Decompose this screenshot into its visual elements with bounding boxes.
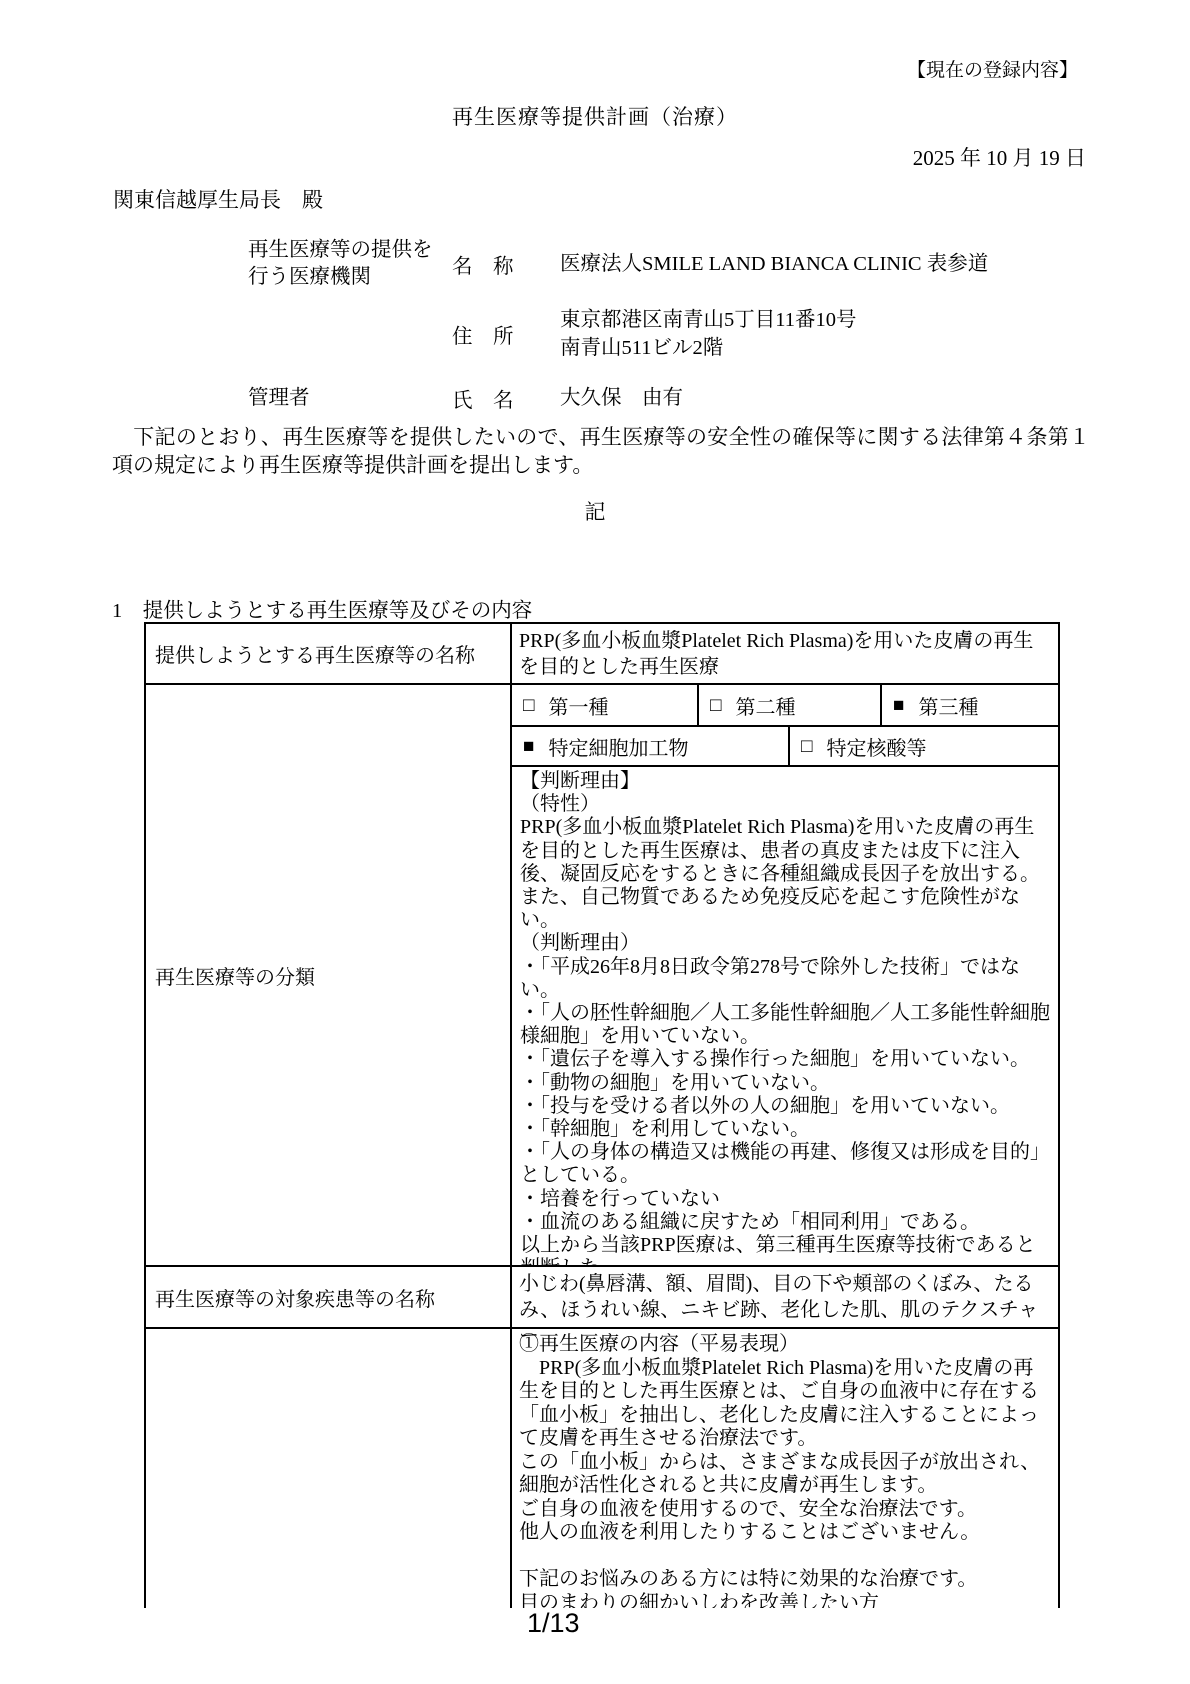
option-specified-nucleic-acid: □ 特定核酸等	[790, 727, 1058, 765]
class-option-type3: ■ 第三種	[882, 685, 1058, 725]
ki-marker: 記	[0, 496, 1190, 526]
table-row-name: 提供しようとする再生医療等の名称 PRP(多血小板血漿Platelet Rich…	[146, 624, 1058, 683]
option-specified-cell-product: ■ 特定細胞加工物	[512, 727, 790, 765]
institution-address-value: 東京都港区南青山5丁目11番10号 南青山511ビル2階	[560, 306, 857, 362]
regenerative-medicine-plan-table: 提供しようとする再生医療等の名称 PRP(多血小板血漿Platelet Rich…	[144, 622, 1060, 1608]
name-row-label: 提供しようとする再生医療等の名称	[146, 624, 512, 683]
checkbox-checked-icon: ■	[523, 737, 534, 756]
registration-status-note: 【現在の登録内容】	[907, 55, 1078, 82]
classification-label: 再生医療等の分類	[146, 685, 512, 1265]
class-option-type1-label: 第一種	[548, 691, 608, 720]
name-row-value: PRP(多血小板血漿Platelet Rich Plasma)を用いた皮膚の再生…	[512, 624, 1058, 683]
provider-info-block: 再生医療等の提供を 行う医療機関 名 称 医療法人SMILE LAND BIAN…	[248, 237, 1108, 413]
institution-name-row: 再生医療等の提供を 行う医療機関 名 称 医療法人SMILE LAND BIAN…	[248, 237, 1108, 291]
document-date: 2025 年 10 月 19 日	[913, 142, 1086, 172]
treatment-content-label-empty	[146, 1329, 512, 1608]
class-option-type1: □ 第一種	[512, 685, 699, 725]
manager-label: 管理者	[248, 385, 452, 412]
table-row-classification: 再生医療等の分類 □ 第一種 □ 第二種 ■ 第三種	[146, 683, 1058, 1265]
checkbox-unchecked-icon: □	[523, 696, 534, 715]
class-option-type2-label: 第二種	[735, 691, 795, 720]
document-title: 再生医療等提供計画（治療）	[0, 101, 1190, 131]
checkbox-unchecked-icon: □	[801, 737, 812, 756]
address-field-label: 住 所	[452, 319, 524, 349]
page-number: 1/13	[527, 1608, 580, 1639]
option-specified-nucleic-acid-label: 特定核酸等	[826, 732, 926, 761]
checkbox-checked-icon: ■	[893, 696, 904, 715]
table-row-treatment-content: ①再生医療の内容（平易表現） PRP(多血小板血漿Platelet Rich P…	[146, 1327, 1058, 1608]
target-disease-label: 再生医療等の対象疾患等の名称	[146, 1267, 512, 1327]
class-options-row: □ 第一種 □ 第二種 ■ 第三種	[512, 685, 1058, 727]
class-option-type2: □ 第二種	[699, 685, 882, 725]
target-disease-value: 小じわ(鼻唇溝、額、眉間)、目の下や頬部のくぼみ、たるみ、ほうれい線、ニキビ跡、…	[512, 1267, 1058, 1327]
checkbox-unchecked-icon: □	[710, 696, 721, 715]
institution-name-value: 医療法人SMILE LAND BIANCA CLINIC 表参道	[560, 250, 988, 278]
classification-reason-text: 【判断理由】 （特性） PRP(多血小板血漿Platelet Rich Plas…	[512, 767, 1058, 1265]
manager-row: 管理者 氏 名 大久保 由有	[248, 383, 1108, 413]
manager-name-value: 大久保 由有	[560, 384, 683, 412]
addressee-line: 関東信越厚生局長 殿	[113, 184, 323, 214]
submission-statement: 下記のとおり、再生医療等を提供したいので、再生医療等の安全性の確保等に関する法律…	[112, 424, 1090, 479]
name-field-label: 名 称	[452, 249, 524, 279]
institution-address-row: 住 所 東京都港区南青山5丁目11番10号 南青山511ビル2階	[248, 306, 1108, 362]
document-page: 【現在の登録内容】 再生医療等提供計画（治療） 2025 年 10 月 19 日…	[0, 0, 1190, 1684]
treatment-content-text: ①再生医療の内容（平易表現） PRP(多血小板血漿Platelet Rich P…	[512, 1329, 1058, 1608]
classification-content: □ 第一種 □ 第二種 ■ 第三種 ■ 特定細胞加工物	[512, 685, 1058, 1265]
processing-options-row: ■ 特定細胞加工物 □ 特定核酸等	[512, 727, 1058, 767]
table-row-target-disease: 再生医療等の対象疾患等の名称 小じわ(鼻唇溝、額、眉間)、目の下や頬部のくぼみ、…	[146, 1265, 1058, 1327]
class-option-type3-label: 第三種	[918, 691, 978, 720]
manager-name-field-label: 氏 名	[452, 383, 524, 413]
section1-heading: 1 提供しようとする再生医療等及びその内容	[112, 593, 532, 623]
option-specified-cell-product-label: 特定細胞加工物	[548, 732, 688, 761]
provider-institution-label: 再生医療等の提供を 行う医療機関	[248, 237, 452, 291]
